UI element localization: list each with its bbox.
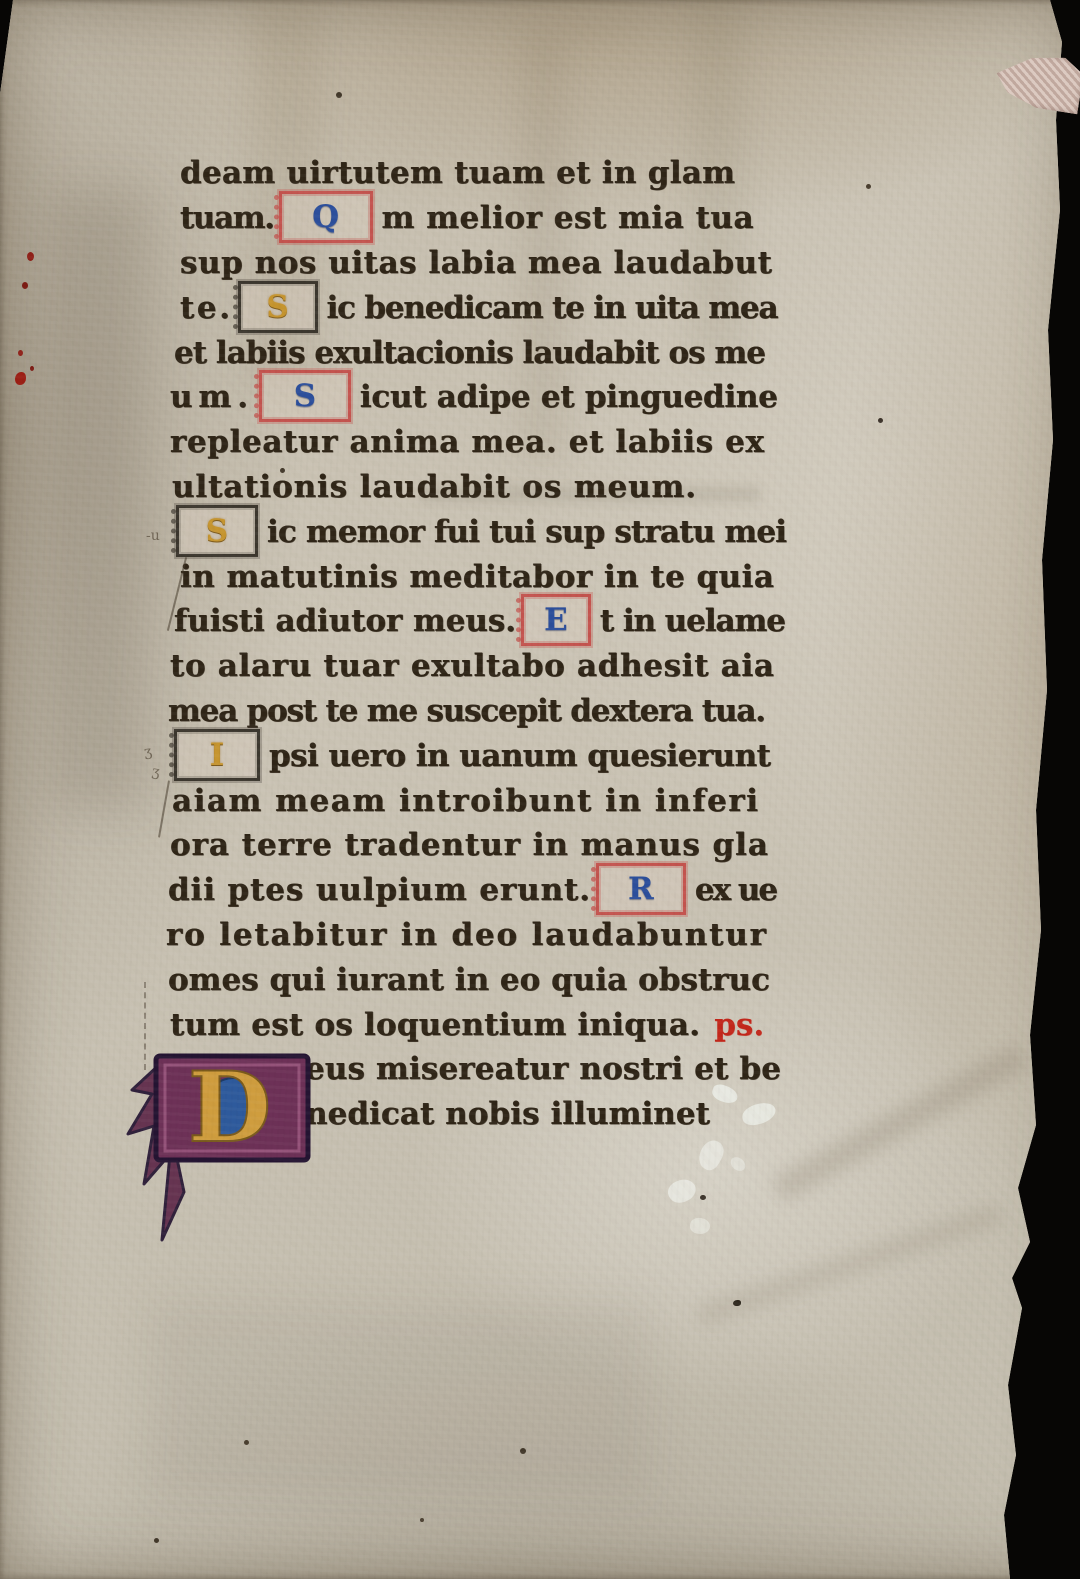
line-text: tum est os loquentium iniqua. [170, 1007, 700, 1043]
text-line: omes qui iurant in eo quia obstruc [168, 957, 820, 1002]
text-line: tuam.Qm melior est mia tua [180, 196, 820, 241]
line-text: ora terre tradentur in manus gla [170, 827, 769, 863]
line-text: aiam meam introibunt in inferi [172, 783, 760, 819]
text-line: nedicat nobis illuminet [305, 1092, 820, 1137]
line-text: icut adipe et pinguedine [360, 379, 778, 415]
line-text: dii ptes uulpium erunt. [168, 872, 591, 908]
text-line: sup nos uitas labia mea laudabut [180, 241, 820, 286]
line-text: ic memor fui tui sup stratu mei [267, 514, 786, 550]
initial-letter: R [628, 871, 654, 907]
red-speck [18, 350, 23, 356]
penwork-flourish [158, 780, 170, 837]
decorated-initial-i: I [174, 729, 260, 781]
guide-mark: ʒ [151, 763, 162, 780]
white-flake [665, 1175, 700, 1206]
initial-letter: S [206, 513, 228, 549]
text-line: dii ptes uulpium erunt.Rex ue [168, 868, 820, 913]
text-line: ora terre tradentur in manus gla [170, 823, 820, 868]
line-text: um. [170, 379, 254, 415]
white-flake [694, 1137, 728, 1174]
initial-letter: I [210, 737, 225, 773]
rubric-ps: ps. [714, 1007, 764, 1043]
ink-speck [866, 184, 871, 189]
text-line: in matutinis meditabor in te quia [180, 554, 820, 599]
ink-speck [154, 1538, 159, 1543]
white-flake [728, 1154, 748, 1173]
line-text: fuisti adiutor meus. [174, 603, 516, 639]
decorated-initial-s: S [176, 505, 258, 557]
ink-speck [336, 92, 342, 98]
text-line: Ipsi uero in uanum quesierunt [180, 733, 820, 778]
dashed-ruling [144, 982, 146, 1070]
red-speck [22, 282, 28, 289]
guide-mark: -u [146, 528, 160, 544]
initial-letter: D [188, 1051, 271, 1164]
initial-letter: S [266, 289, 288, 325]
line-text: m melior est mia tua [382, 200, 755, 236]
decorated-initial-s: S [259, 370, 351, 422]
soft-stain [150, 1300, 650, 1500]
text-line: et labiis exultacionis laudabit os me [174, 330, 820, 375]
margin-stain [50, 190, 150, 810]
manuscript-photo: deam uirtutem tuam et in glam tuam.Qm me… [0, 0, 1080, 1579]
text-line: deam uirtutem tuam et in glam [180, 151, 820, 196]
line-text: to alaru tuar exultabo adhesit aia [170, 648, 775, 684]
red-speck [30, 366, 34, 371]
text-line: ultationis laudabit os meum. [172, 465, 820, 510]
line-text: psi uero in uanum quesierunt [269, 738, 770, 774]
line-text: ultationis laudabit os meum. [172, 469, 697, 505]
decorated-initial-r: R [596, 863, 686, 915]
text-line: mea post te me suscepit dextera tua. [168, 689, 820, 734]
line-text: t in uelame [600, 603, 785, 639]
decorated-initial-s: S [238, 281, 318, 333]
line-text: in matutinis meditabor in te quia [180, 559, 774, 595]
text-line: eus misereatur nostri et be [305, 1047, 820, 1092]
decorated-initial-e: E [521, 594, 591, 646]
initial-letter: S [294, 378, 316, 414]
line-text: et labiis exultacionis laudabit os me [174, 335, 765, 371]
text-line: Sic memor fui tui sup stratu mei [180, 509, 820, 554]
line-text: ic benedicam te in uita mea [327, 290, 778, 326]
line-text: eus misereatur nostri et be [305, 1051, 781, 1087]
line-text: nedicat nobis illuminet [305, 1096, 710, 1132]
red-speck [15, 372, 26, 385]
guide-mark: ʒ [143, 744, 153, 761]
text-line: to alaru tuar exultabo adhesit aia [170, 644, 820, 689]
decorated-initial-q: Q [279, 191, 373, 243]
line-text: ro letabitur in deo laudabuntur [166, 917, 768, 953]
ink-speck [700, 1195, 706, 1200]
text-line: aiam meam introibunt in inferi [172, 778, 820, 823]
crease-shadow [695, 1203, 1004, 1326]
ink-speck [520, 1448, 526, 1454]
text-line: ro letabitur in deo laudabuntur [166, 913, 820, 958]
initial-letter: Q [312, 199, 339, 235]
ink-speck [420, 1518, 424, 1522]
ink-speck [878, 418, 883, 423]
line-text: tuam. [180, 200, 274, 236]
big-initial-d: D [118, 1042, 328, 1272]
text-line: repleatur anima mea. et labiis ex [170, 420, 820, 465]
line-text: ex ue [695, 872, 776, 908]
line-text: deam uirtutem tuam et in glam [180, 155, 735, 191]
white-flake [689, 1216, 711, 1235]
text-line: tum est os loquentium iniqua.ps. [170, 1002, 820, 1047]
line-text: sup nos uitas labia mea laudabut [180, 245, 773, 281]
line-text: omes qui iurant in eo quia obstruc [168, 962, 770, 998]
text-block: deam uirtutem tuam et in glam tuam.Qm me… [180, 151, 820, 1137]
ink-speck [733, 1300, 741, 1306]
red-speck [27, 252, 34, 261]
text-line: te.Sic benedicam te in uita mea [180, 285, 820, 330]
parchment-page: deam uirtutem tuam et in glam tuam.Qm me… [0, 0, 1080, 1579]
line-text: te. [180, 290, 233, 326]
text-line: fuisti adiutor meus.Et in uelame [174, 599, 820, 644]
ink-speck [244, 1440, 249, 1445]
line-text: mea post te me suscepit dextera tua. [168, 693, 765, 729]
text-line: um.Sicut adipe et pinguedine [170, 375, 820, 420]
initial-letter: E [544, 602, 568, 638]
line-text: repleatur anima mea. et labiis ex [170, 424, 765, 460]
